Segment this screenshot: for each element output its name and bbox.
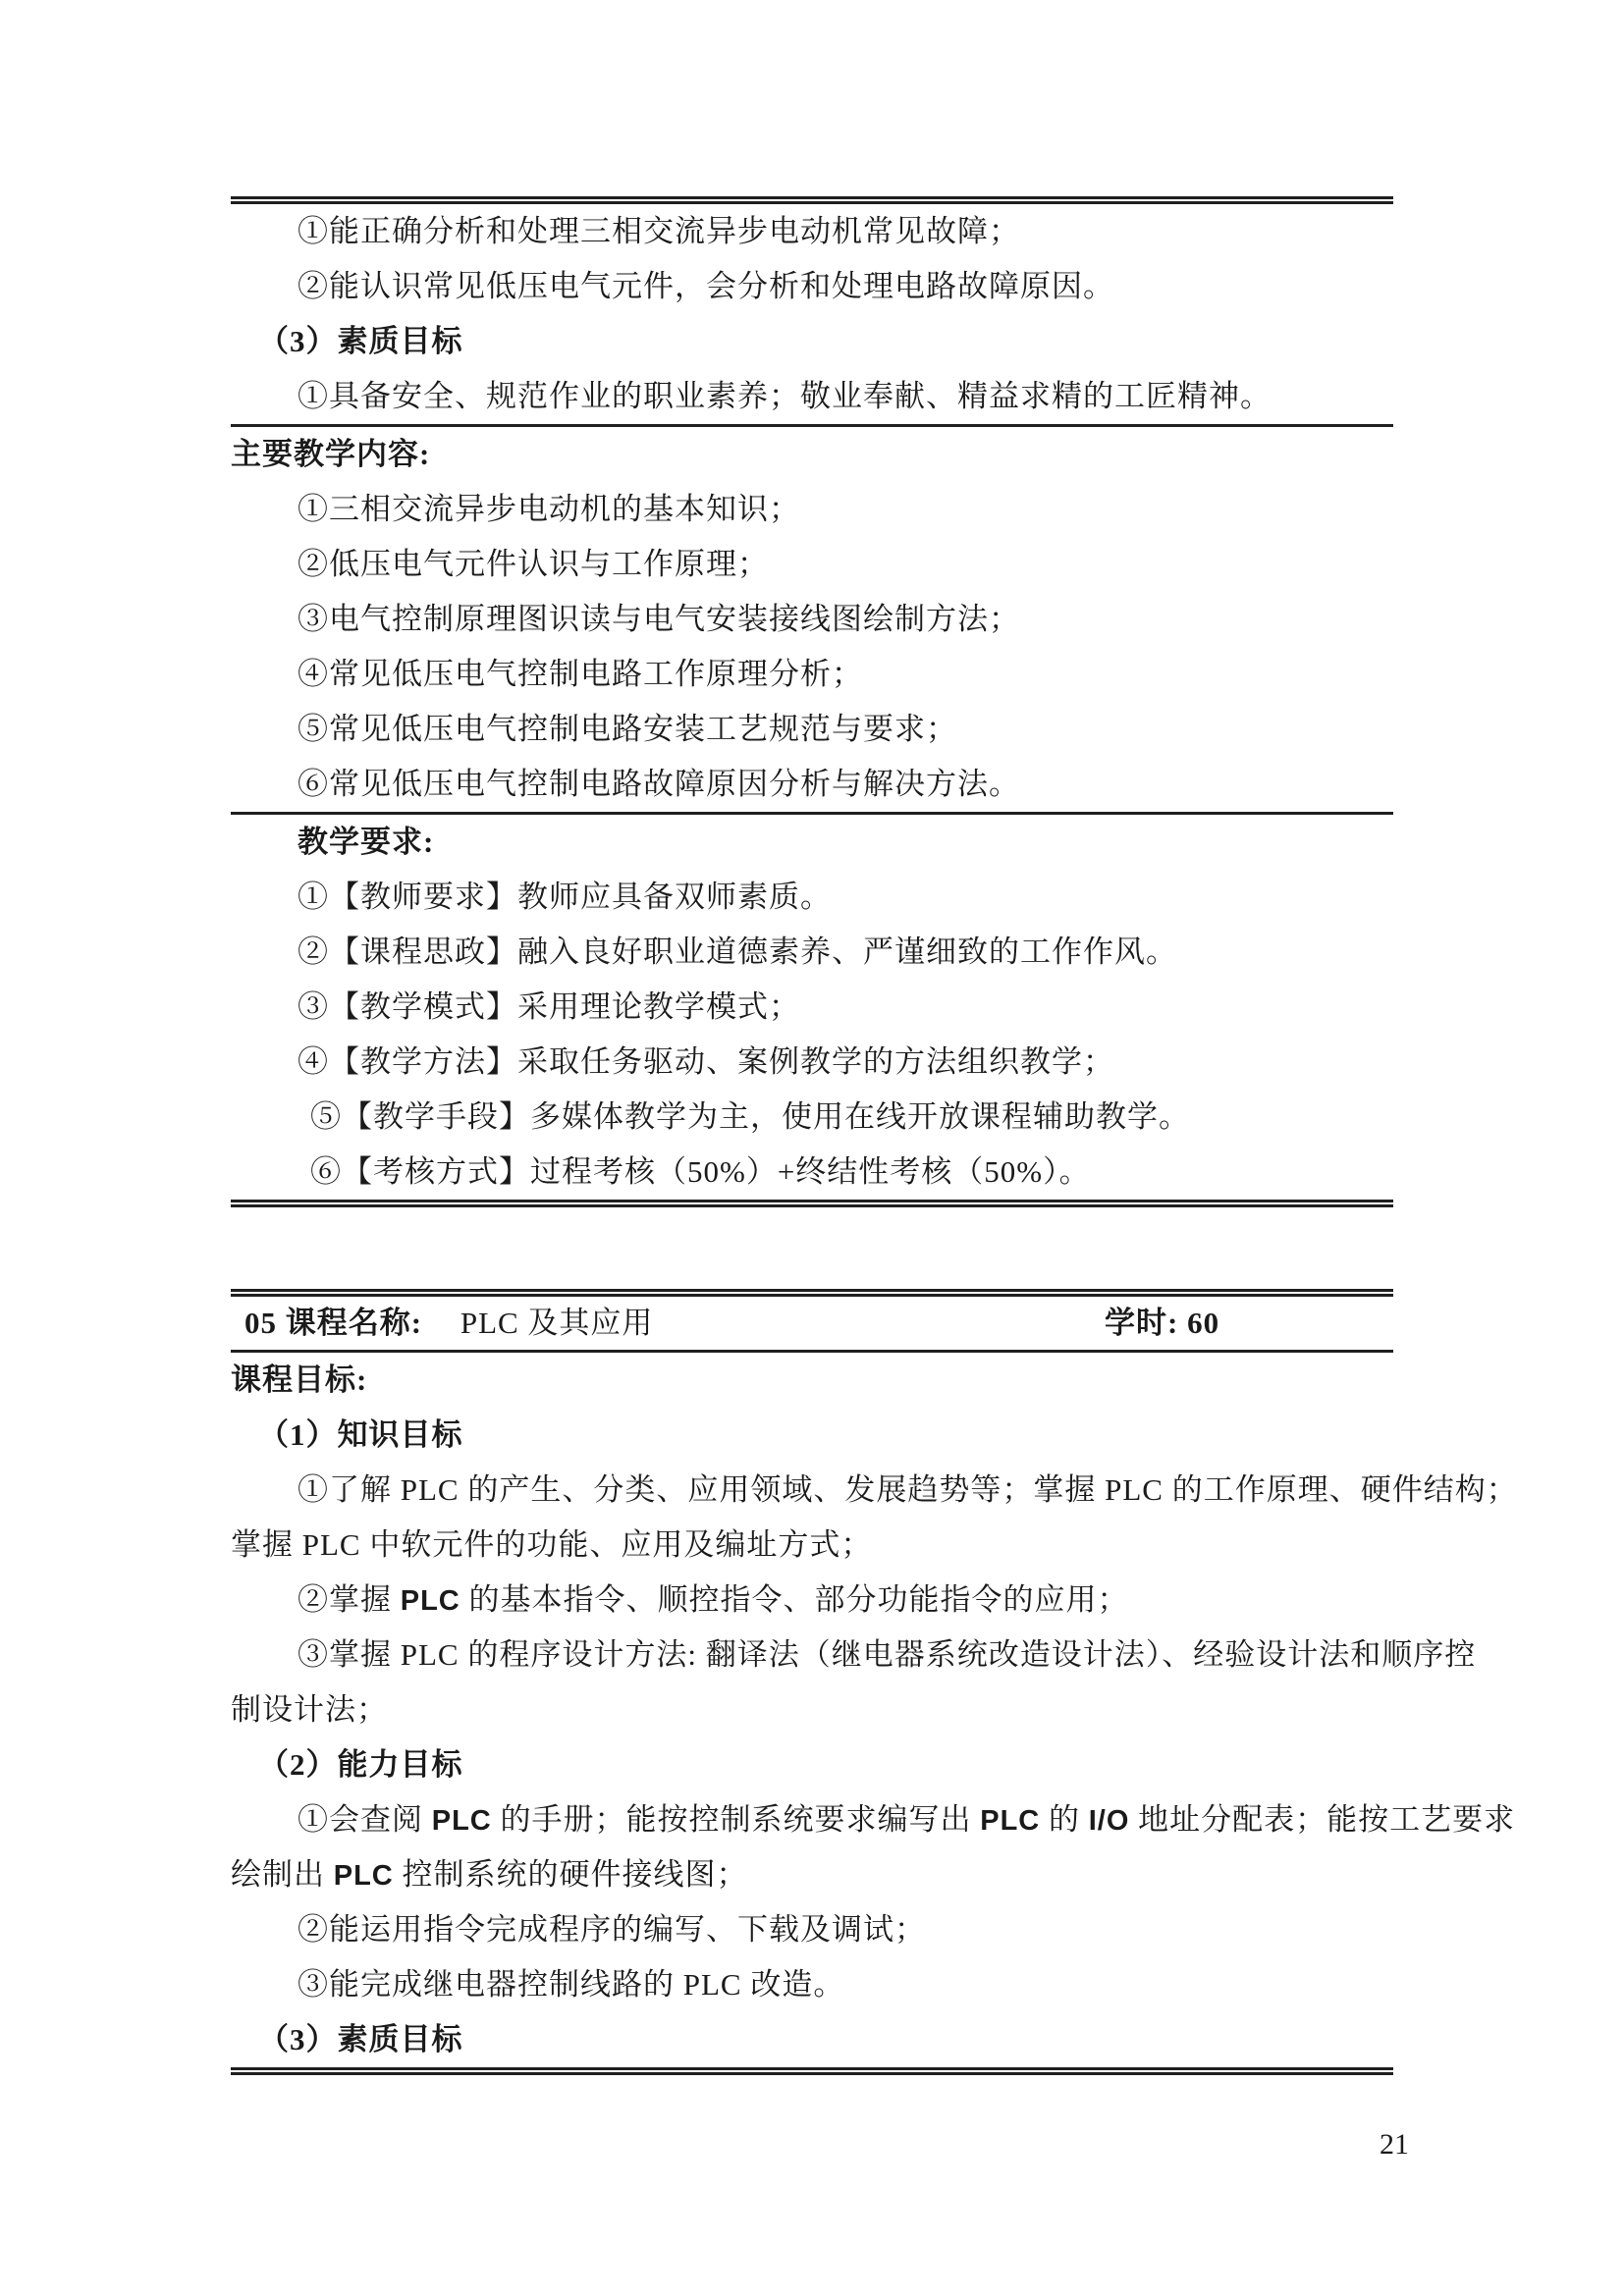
table-row: ①能正确分析和处理三相交流异步电动机常见故障；②能认识常见低压电气元件，会分析和… <box>231 204 1393 427</box>
text-line: ②能运用指令完成程序的编写、下载及调试； <box>231 1902 1393 1957</box>
text-segment: ①三相交流异步电动机的基本知识； <box>298 492 800 526</box>
course-number-label: 05 课程名称: <box>244 1306 422 1340</box>
course-04-table: ①能正确分析和处理三相交流异步电动机常见故障；②能认识常见低压电气元件，会分析和… <box>231 196 1393 1207</box>
text-segment: （3）素质目标 <box>258 324 463 358</box>
text-segment: ⑤常见低压电气控制电路安装工艺规范与要求； <box>298 712 957 746</box>
text-line: 主要教学内容: <box>231 427 1393 482</box>
text-line: ⑥【考核方式】过程考核（50%）+终结性考核（50%）。 <box>231 1145 1393 1200</box>
text-segment: ③能完成继电器控制线路的 PLC 改造。 <box>298 1967 844 2002</box>
course-04-table-body: ①能正确分析和处理三相交流异步电动机常见故障；②能认识常见低压电气元件，会分析和… <box>231 204 1393 1200</box>
text-line: ③【教学模式】采用理论教学模式； <box>231 980 1393 1035</box>
text-line: ①【教师要求】教师应具备双师素质。 <box>231 870 1393 925</box>
table-row: 教学要求:①【教师要求】教师应具备双师素质。②【课程思政】融入良好职业道德素养、… <box>231 815 1393 1200</box>
text-line: 制设计法； <box>231 1682 1393 1737</box>
text-line: ⑤【教学手段】多媒体教学为主，使用在线开放课程辅助教学。 <box>231 1090 1393 1145</box>
text-segment: ④常见低压电气控制电路工作原理分析； <box>298 657 863 691</box>
text-segment: 控制系统的硬件接线图； <box>394 1857 748 1892</box>
bold-text-segment: PLC <box>401 1585 460 1617</box>
course-05-table: 05 课程名称: PLC 及其应用 学时: 60 课程目标:（1）知识目标①了解… <box>231 1289 1393 2075</box>
text-line: ①会查阅 PLC 的手册；能按控制系统要求编写出 PLC 的 I/O 地址分配表… <box>231 1792 1393 1847</box>
text-segment: 掌握 PLC 中软元件的功能、应用及编址方式； <box>231 1527 872 1562</box>
text-segment: 绘制出 <box>231 1857 334 1892</box>
text-segment: ⑥【考核方式】过程考核（50%）+终结性考核（50%）。 <box>310 1154 1091 1189</box>
course-hours: 学时: 60 <box>1105 1297 1219 1350</box>
text-segment: 主要教学内容: <box>231 437 430 471</box>
text-segment: （2）能力目标 <box>258 1747 463 1782</box>
text-segment: ②能认识常见低压电气元件，会分析和处理电路故障原因。 <box>298 269 1114 303</box>
text-segment: ④【教学方法】采取任务驱动、案例教学的方法组织教学； <box>298 1044 1114 1079</box>
text-segment: ③电气控制原理图识读与电气安装接线图绘制方法； <box>298 602 1020 636</box>
course-header-row: 05 课程名称: PLC 及其应用 学时: 60 <box>231 1297 1393 1353</box>
text-segment: ①了解 PLC 的产生、分类、应用领域、发展趋势等；掌握 PLC 的工作原理、硬… <box>298 1472 1518 1507</box>
bold-text-segment: PLC <box>980 1805 1040 1837</box>
text-segment: ③【教学模式】采用理论教学模式； <box>298 989 800 1024</box>
text-line: ②【课程思政】融入良好职业道德素养、严谨细致的工作作风。 <box>231 925 1393 980</box>
document-page: ①能正确分析和处理三相交流异步电动机常见故障；②能认识常见低压电气元件，会分析和… <box>0 0 1624 2296</box>
bold-text-segment: PLC <box>334 1860 394 1892</box>
text-line: ⑤常见低压电气控制电路安装工艺规范与要求； <box>231 702 1393 757</box>
text-segment: ③掌握 PLC 的程序设计方法: 翻译法（继电器系统改造设计法）、经验设计法和顺… <box>298 1637 1476 1672</box>
text-segment: 的 <box>1040 1802 1089 1837</box>
text-segment: ②低压电气元件认识与工作原理； <box>298 547 769 581</box>
text-line: ③掌握 PLC 的程序设计方法: 翻译法（继电器系统改造设计法）、经验设计法和顺… <box>231 1628 1393 1682</box>
text-segment: （1）知识目标 <box>258 1417 463 1452</box>
text-line: ⑥常见低压电气控制电路故障原因分析与解决方法。 <box>231 757 1393 812</box>
text-line: 课程目标: <box>231 1353 1393 1408</box>
bold-text-segment: I/O <box>1089 1805 1130 1837</box>
table-row: 主要教学内容:①三相交流异步电动机的基本知识；②低压电气元件认识与工作原理；③电… <box>231 427 1393 815</box>
text-line: ①具备安全、规范作业的职业素养；敬业奉献、精益求精的工匠精神。 <box>231 369 1393 424</box>
text-segment: ②能运用指令完成程序的编写、下载及调试； <box>298 1912 926 1947</box>
text-segment: ①能正确分析和处理三相交流异步电动机常见故障； <box>298 214 1020 248</box>
text-segment: ②掌握 <box>298 1582 401 1617</box>
text-segment: ①【教师要求】教师应具备双师素质。 <box>298 880 832 914</box>
text-line: （1）知识目标 <box>231 1408 1393 1463</box>
text-segment: 地址分配表；能按工艺要求 <box>1129 1802 1515 1837</box>
text-line: 掌握 PLC 中软元件的功能、应用及编址方式； <box>231 1518 1393 1573</box>
text-line: ②低压电气元件认识与工作原理； <box>231 537 1393 592</box>
text-line: ②能认识常见低压电气元件，会分析和处理电路故障原因。 <box>231 259 1393 314</box>
text-segment: ⑥常见低压电气控制电路故障原因分析与解决方法。 <box>298 767 1020 801</box>
text-line: （3）素质目标 <box>231 2012 1393 2067</box>
text-segment: 教学要求: <box>298 825 434 859</box>
text-line: ③能完成继电器控制线路的 PLC 改造。 <box>231 1957 1393 2012</box>
text-segment: ①具备安全、规范作业的职业素养；敬业奉献、精益求精的工匠精神。 <box>298 379 1272 413</box>
text-line: ①能正确分析和处理三相交流异步电动机常见故障； <box>231 204 1393 259</box>
course-05-table-body: 课程目标:（1）知识目标①了解 PLC 的产生、分类、应用领域、发展趋势等；掌握… <box>231 1353 1393 2067</box>
text-line: ①了解 PLC 的产生、分类、应用领域、发展趋势等；掌握 PLC 的工作原理、硬… <box>231 1463 1393 1518</box>
text-line: ②掌握 PLC 的基本指令、顺控指令、部分功能指令的应用； <box>231 1573 1393 1628</box>
text-segment: ⑤【教学手段】多媒体教学为主，使用在线开放课程辅助教学。 <box>310 1099 1190 1134</box>
text-segment: 制设计法； <box>231 1692 388 1727</box>
text-line: 教学要求: <box>231 815 1393 870</box>
text-segment: ①会查阅 <box>298 1802 432 1837</box>
text-segment: 课程目标: <box>231 1362 367 1397</box>
text-segment: 的手册；能按控制系统要求编写出 <box>492 1802 981 1837</box>
text-line: （2）能力目标 <box>231 1737 1393 1792</box>
table-row: 课程目标:（1）知识目标①了解 PLC 的产生、分类、应用领域、发展趋势等；掌握… <box>231 1353 1393 2067</box>
text-line: ③电气控制原理图识读与电气安装接线图绘制方法； <box>231 592 1393 647</box>
text-segment: ②【课程思政】融入良好职业道德素养、严谨细致的工作作风。 <box>298 934 1177 969</box>
text-line: ①三相交流异步电动机的基本知识； <box>231 482 1393 537</box>
text-line: （3）素质目标 <box>231 314 1393 369</box>
text-line: ④【教学方法】采取任务驱动、案例教学的方法组织教学； <box>231 1035 1393 1090</box>
text-segment: 的基本指令、顺控指令、部分功能指令的应用； <box>460 1582 1129 1617</box>
bold-text-segment: PLC <box>432 1805 492 1837</box>
course-name: PLC 及其应用 <box>460 1306 654 1340</box>
page-number: 21 <box>1360 2125 1409 2164</box>
text-segment: （3）素质目标 <box>258 2022 463 2056</box>
text-line: 绘制出 PLC 控制系统的硬件接线图； <box>231 1847 1393 1902</box>
text-line: ④常见低压电气控制电路工作原理分析； <box>231 647 1393 702</box>
